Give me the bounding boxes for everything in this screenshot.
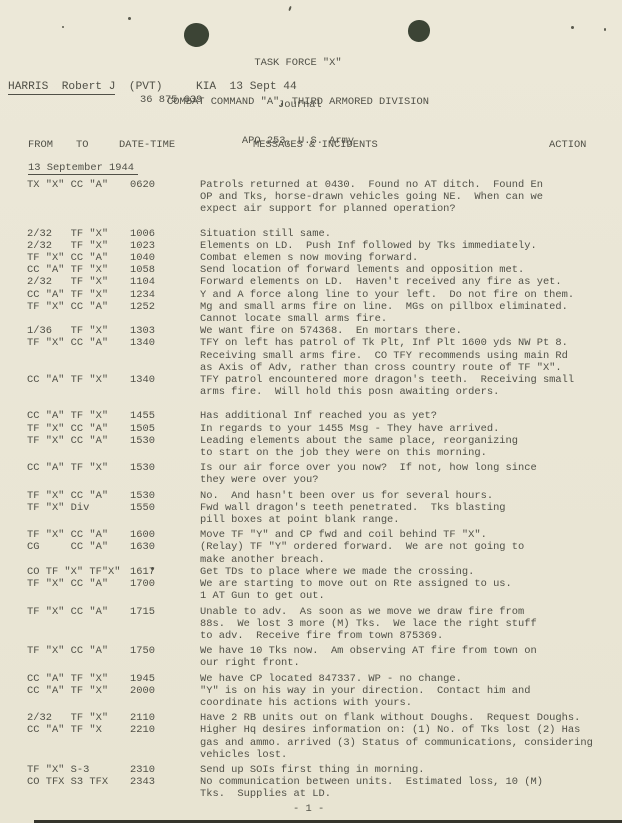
- row-time: 1058: [130, 264, 173, 276]
- row-time: 2110: [130, 712, 173, 724]
- row-from-to: TF "X" CC "A": [27, 435, 130, 447]
- journal-row: TF "X" CC "A" 1530 No. And hasn't been o…: [0, 490, 622, 502]
- row-from-to: CC "A" TF "X": [27, 410, 130, 422]
- row-time: 1455: [130, 410, 173, 422]
- row-from-to: CC "A" TF "X: [27, 724, 130, 736]
- row-message: No communication between units. Estimate…: [200, 776, 543, 800]
- row-time: 1505: [130, 423, 173, 435]
- row-message: TFY patrol encountered more dragon's tee…: [200, 374, 574, 398]
- journal-page: TASK FORCE "X" COMBAT COMMAND "A", THIRD…: [0, 0, 622, 823]
- row-time: 0620: [130, 179, 173, 191]
- journal-row: TX "X" CC "A" 0620 Patrols returned at 0…: [0, 179, 622, 216]
- journal-row: CC "A" TF "X" 1340 TFY patrol encountere…: [0, 374, 622, 398]
- row-time: 2343: [130, 776, 173, 788]
- journal-row: TF "X" CC "A" 1715 Unable to adv. As soo…: [0, 606, 622, 643]
- row-message: Y and A force along line to your left. D…: [200, 289, 574, 301]
- journal-row: CC "A" TF "X" 1945 We have CP located 84…: [0, 673, 622, 685]
- row-time: 1945: [130, 673, 173, 685]
- journal-row: CC "A" TF "X" 1530 Is our air force over…: [0, 462, 622, 486]
- row-from-to: CO TF "X" TF"X": [27, 566, 130, 578]
- row-message: "Y" is on his way in your direction. Con…: [200, 685, 530, 709]
- scan-speck: [62, 26, 64, 28]
- journal-row: 2/32 TF "X" 1104 Forward elements on LD.…: [0, 276, 622, 288]
- row-time: 2000: [130, 685, 173, 697]
- stray-type-mark: [151, 567, 154, 570]
- row-message: Combat elemen s now moving forward.: [200, 252, 418, 264]
- kia-detail: (PVT) KIA 13 Sept 44: [115, 81, 296, 93]
- row-from-to: CC "A" TF "X": [27, 462, 130, 474]
- document-type-label: Journal: [278, 99, 322, 111]
- row-from-to: TF "X" CC "A": [27, 301, 130, 313]
- row-message: Elements on LD. Push Inf followed by Tks…: [200, 240, 537, 252]
- row-message: Situation still same.: [200, 228, 331, 240]
- header-unit-line: TASK FORCE "X": [0, 57, 596, 70]
- row-message: Send up SOIs first thing in morning.: [200, 764, 424, 776]
- row-from-to: 2/32 TF "X": [27, 712, 130, 724]
- row-from-to: TF "X" S-3: [27, 764, 130, 776]
- row-message: Mg and small arms fire on line. MGs on p…: [200, 301, 568, 325]
- row-from-to: TF "X" CC "A": [27, 606, 130, 618]
- row-from-to: 2/32 TF "X": [27, 240, 130, 252]
- row-from-to: TX "X" CC "A": [27, 179, 130, 191]
- scan-speck: [571, 26, 574, 29]
- row-message: Patrols returned at 0430. Found no AT di…: [200, 179, 543, 216]
- row-time: 1530: [130, 462, 173, 474]
- row-time: 1303: [130, 325, 173, 337]
- journal-row: CC "A" TF "X" 1234 Y and A force along l…: [0, 289, 622, 301]
- row-from-to: TF "X" CC "A": [27, 252, 130, 264]
- row-from-to: CC "A" TF "X": [27, 685, 130, 697]
- row-time: 1340: [130, 374, 173, 386]
- journal-row: CC "A" TF "X" 2000 "Y" is on his way in …: [0, 685, 622, 709]
- row-time: 1040: [130, 252, 173, 264]
- row-time: 1550: [130, 502, 173, 514]
- journal-row: TF "X" CC "A" 1700 We are starting to mo…: [0, 578, 622, 602]
- row-message: Unable to adv. As soon as we move we dra…: [200, 606, 537, 643]
- row-time: 1234: [130, 289, 173, 301]
- journal-row: TF "X" CC "A" 1340 TFY on left has patro…: [0, 337, 622, 374]
- kia-name: HARRIS Robert J: [8, 81, 115, 95]
- row-time: 1252: [130, 301, 173, 313]
- journal-row: TF "X" S-3 2310 Send up SOIs first thing…: [0, 764, 622, 776]
- row-time: 1530: [130, 435, 173, 447]
- row-from-to: TF "X" CC "A": [27, 337, 130, 349]
- row-from-to: CC "A" TF "X": [27, 673, 130, 685]
- journal-row: TF "X" CC "A" 1750 We have 10 Tks now. A…: [0, 645, 622, 669]
- row-from-to: TF "X" CC "A": [27, 578, 130, 590]
- row-from-to: CG CC "A": [27, 541, 130, 553]
- row-message: Send location of forward lements and opp…: [200, 264, 524, 276]
- row-message: (Relay) TF "Y" ordered forward. We are n…: [200, 541, 524, 565]
- row-from-to: CC "A" TF "X": [27, 374, 130, 386]
- journal-row: 2/32 TF "X" 1006 Situation still same.: [0, 228, 622, 240]
- row-from-to: 2/32 TF "X": [27, 228, 130, 240]
- journal-row: CO TF "X" TF"X" 1617 Get TDs to place wh…: [0, 566, 622, 578]
- row-message: Forward elements on LD. Haven't received…: [200, 276, 562, 288]
- journal-row: TF "X" CC "A" 1530 Leading elements abou…: [0, 435, 622, 459]
- column-header-messages: MESSAGES & INCIDENTS: [253, 139, 378, 151]
- row-time: 1340: [130, 337, 173, 349]
- journal-row: CC "A" TF "X" 1058 Send location of forw…: [0, 264, 622, 276]
- row-message: We want fire on 574368. En mortars there…: [200, 325, 462, 337]
- row-message: Get TDs to place where we made the cross…: [200, 566, 474, 578]
- date-heading: 13 September 1944: [28, 162, 138, 175]
- column-header-from: FROM: [28, 139, 53, 151]
- scan-speck: [604, 28, 606, 31]
- row-message: Leading elements about the same place, r…: [200, 435, 518, 459]
- journal-row: 2/32 TF "X" 1023 Elements on LD. Push In…: [0, 240, 622, 252]
- scan-speck: [288, 6, 292, 11]
- column-header-datetime: DATE-TIME: [119, 139, 175, 151]
- row-from-to: TF "X" CC "A": [27, 490, 130, 502]
- row-from-to: TF "X" CC "A": [27, 529, 130, 541]
- row-message: Move TF "Y" and CP fwd and coil behind T…: [200, 529, 487, 541]
- row-message: TFY on left has patrol of Tk Plt, Inf Pl…: [200, 337, 568, 374]
- row-time: 1530: [130, 490, 173, 502]
- journal-row: CO TFX S3 TFX 2343 No communication betw…: [0, 776, 622, 800]
- journal-row: 1/36 TF "X" 1303 We want fire on 574368.…: [0, 325, 622, 337]
- row-message: Has additional Inf reached you as yet?: [200, 410, 437, 422]
- journal-row: TF "X" CC "A" 1252 Mg and small arms fir…: [0, 301, 622, 325]
- row-message: Fwd wall dragon's teeth penetrated. Tks …: [200, 502, 506, 526]
- row-time: 1600: [130, 529, 173, 541]
- row-from-to: TF "X" CC "A": [27, 645, 130, 657]
- journal-row: TF "X" CC "A" 1040 Combat elemen s now m…: [0, 252, 622, 264]
- row-time: 1750: [130, 645, 173, 657]
- kia-annotation: HARRIS Robert J (PVT) KIA 13 Sept 44: [8, 81, 297, 93]
- column-header-to: TO: [76, 139, 88, 151]
- column-header-action: ACTION: [549, 139, 586, 151]
- row-time: 1630: [130, 541, 173, 553]
- scan-speck: [128, 17, 131, 20]
- row-time: 2210: [130, 724, 173, 736]
- journal-row: CC "A" TF "X" 1455 Has additional Inf re…: [0, 410, 622, 422]
- journal-row: TF "X" CC "A" 1600 Move TF "Y" and CP fw…: [0, 529, 622, 541]
- row-message: We have 10 Tks now. Am observing AT fire…: [200, 645, 537, 669]
- journal-row: 2/32 TF "X" 2110 Have 2 RB units out on …: [0, 712, 622, 724]
- page-number: - 1 -: [293, 803, 324, 815]
- row-from-to: 1/36 TF "X": [27, 325, 130, 337]
- row-time: 1700: [130, 578, 173, 590]
- row-message: Is our air force over you now? If not, h…: [200, 462, 537, 486]
- row-time: 1006: [130, 228, 173, 240]
- row-time: 1023: [130, 240, 173, 252]
- row-from-to: CC "A" TF "X": [27, 264, 130, 276]
- row-from-to: TF "X" Div: [27, 502, 130, 514]
- row-from-to: 2/32 TF "X": [27, 276, 130, 288]
- journal-row: TF "X" Div 1550 Fwd wall dragon's teeth …: [0, 502, 622, 526]
- row-from-to: CC "A" TF "X": [27, 289, 130, 301]
- journal-entries: TX "X" CC "A" 0620 Patrols returned at 0…: [0, 179, 622, 801]
- journal-row: CC "A" TF "X 2210 Higher Hq desires info…: [0, 724, 622, 761]
- kia-serial-number: 36 875 639: [140, 94, 202, 106]
- row-time: 1715: [130, 606, 173, 618]
- row-message: Have 2 RB units out on flank without Dou…: [200, 712, 580, 724]
- journal-row: TF "X" CC "A" 1505 In regards to your 14…: [0, 423, 622, 435]
- row-message: In regards to your 1455 Msg - They have …: [200, 423, 499, 435]
- row-message: No. And hasn't been over us for several …: [200, 490, 493, 502]
- row-time: 2310: [130, 764, 173, 776]
- row-message: We have CP located 847337. WP - no chang…: [200, 673, 462, 685]
- row-message: We are starting to move out on Rte assig…: [200, 578, 512, 602]
- row-message: Higher Hq desires information on: (1) No…: [200, 724, 593, 761]
- journal-row: CG CC "A" 1630 (Relay) TF "Y" ordered fo…: [0, 541, 622, 565]
- row-time: 1104: [130, 276, 173, 288]
- row-from-to: TF "X" CC "A": [27, 423, 130, 435]
- row-from-to: CO TFX S3 TFX: [27, 776, 130, 788]
